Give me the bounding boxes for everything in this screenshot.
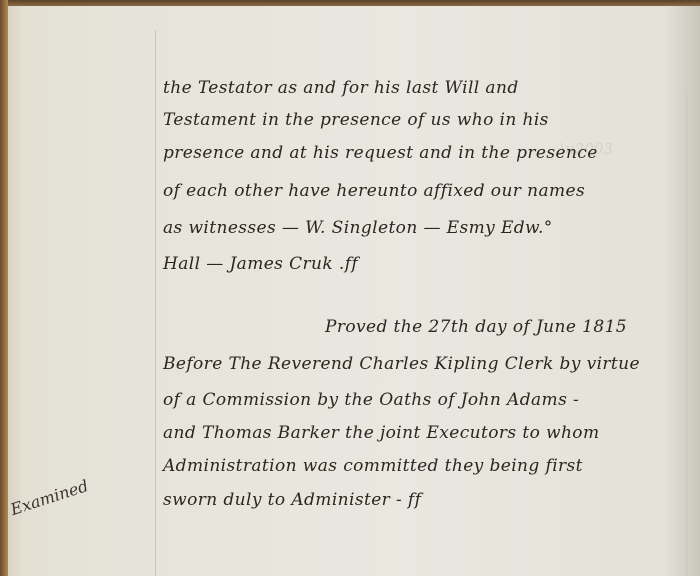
- text-line: of a Commission by the Oaths of John Ada…: [163, 390, 579, 410]
- text-line: Hall — James Cruk .ff: [163, 254, 358, 274]
- right-rule-line: [686, 92, 687, 576]
- text-line: of each other have hereunto affixed our …: [163, 181, 585, 201]
- text-line: sworn duly to Administer - ff: [163, 490, 421, 510]
- text-line: the Testator as and for his last Will an…: [163, 78, 519, 98]
- text-line: as witnesses — W. Singleton — Esmy Edw.°: [163, 218, 553, 238]
- book-left-edge: [0, 0, 8, 576]
- margin-rule-line: [155, 30, 156, 576]
- text-line: Before The Reverend Charles Kipling Cler…: [163, 354, 640, 374]
- text-line: Testament in the presence of us who in h…: [163, 110, 549, 130]
- text-line: presence and at his request and in the p…: [163, 143, 598, 163]
- proved-heading: Proved the 27th day of June 1815: [325, 317, 627, 337]
- book-top-edge: [0, 0, 700, 6]
- text-line: Administration was committed they being …: [163, 456, 583, 476]
- text-line: and Thomas Barker the joint Executors to…: [163, 423, 599, 443]
